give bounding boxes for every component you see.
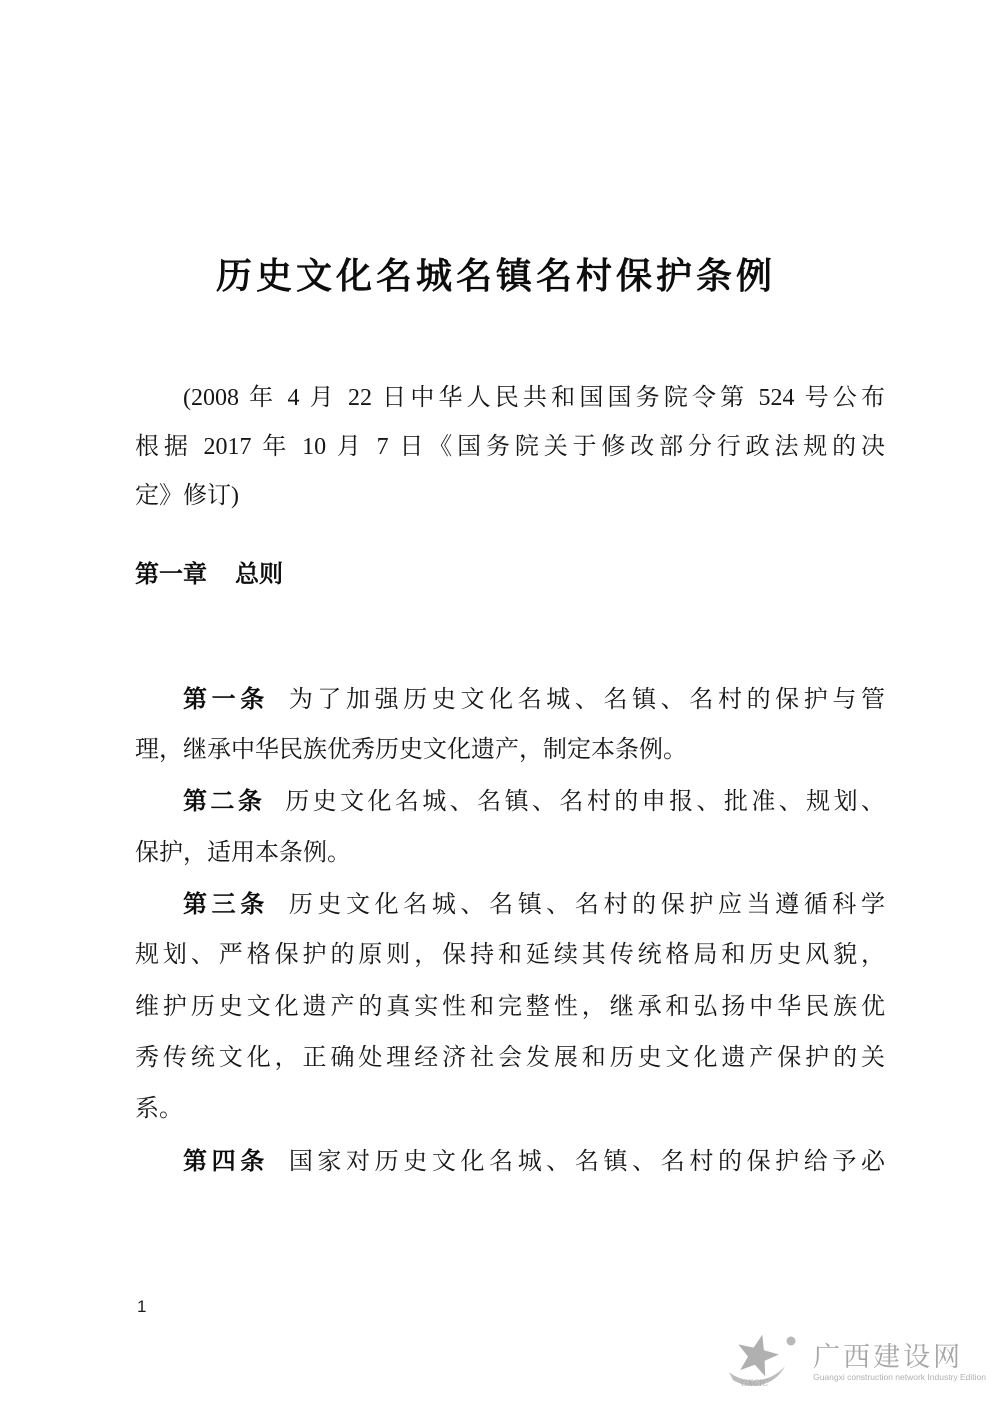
article-4-text-1: 国家对历史文化名城、名镇、名村的保护给予必	[289, 1149, 885, 1175]
article-1-number: 第一条	[183, 686, 269, 713]
article-4-number: 第四条	[183, 1148, 269, 1175]
article-3-number: 第三条	[183, 891, 269, 918]
article-3-line-4: 秀传统文化，正确处理经济社会发展和历史文化遗产保护的关	[135, 1033, 885, 1084]
article-3-line-3: 维护历史文化遗产的真实性和完整性，继承和弘扬中华民族优	[135, 982, 885, 1033]
preamble-line-3: 定》修订)	[135, 472, 885, 521]
article-3-line-5: 系。	[135, 1084, 885, 1135]
preamble-line-1: (2008 年 4 月 22 日中华人民共和国国务院令第 524 号公布	[135, 374, 885, 423]
article-3-line-2: 规划、严格保护的原则，保持和延续其传统格局和历史风貌，	[135, 930, 885, 981]
article-1-line-1: 第一条为了加强历史文化名城、名镇、名村的保护与管	[135, 674, 885, 726]
star-logo-text: GXCIC	[741, 1378, 769, 1388]
article-3-line-1: 第三条历史文化名城、名镇、名村的保护应当遵循科学	[135, 879, 885, 931]
watermark-subtitle: Guangxi construction network Industry Ed…	[813, 1372, 986, 1383]
article-2-line-1: 第二条历史文化名城、名镇、名村的申报、批准、规划、	[135, 776, 885, 828]
site-watermark: GXCIC 广西建设网 Guangxi construction network…	[725, 1330, 986, 1395]
chapter-number: 第一章	[135, 561, 207, 588]
watermark-site-name: 广西建设网	[813, 1342, 963, 1372]
chapter-heading: 第一章总则	[135, 550, 885, 599]
star-logo-icon: GXCIC	[725, 1330, 809, 1395]
document-title: 历史文化名城名镇名村保护条例	[0, 252, 992, 300]
article-1-text-1: 为了加强历史文化名城、名镇、名村的保护与管	[289, 687, 885, 713]
preamble-line-2: 根据 2017 年 10 月 7 日《国务院关于修改部分行政法规的决	[135, 423, 885, 472]
article-1-line-2: 理，继承中华民族优秀历史文化遗产，制定本条例。	[135, 725, 885, 776]
watermark-text-block: 广西建设网 Guangxi construction network Indus…	[813, 1342, 986, 1383]
article-4-line-1: 第四条国家对历史文化名城、名镇、名村的保护给予必	[135, 1136, 885, 1188]
article-2-line-2: 保护，适用本条例。	[135, 828, 885, 879]
article-2-number: 第二条	[183, 788, 265, 815]
chapter-title: 总则	[235, 561, 283, 588]
page-number: 1	[137, 1295, 146, 1319]
article-3-text-1: 历史文化名城、名镇、名村的保护应当遵循科学	[289, 892, 885, 918]
article-2-text-1: 历史文化名城、名镇、名村的申报、批准、规划、	[285, 789, 885, 815]
document-page: 历史文化名城名镇名村保护条例 (2008 年 4 月 22 日中华人民共和国国务…	[0, 0, 992, 1403]
